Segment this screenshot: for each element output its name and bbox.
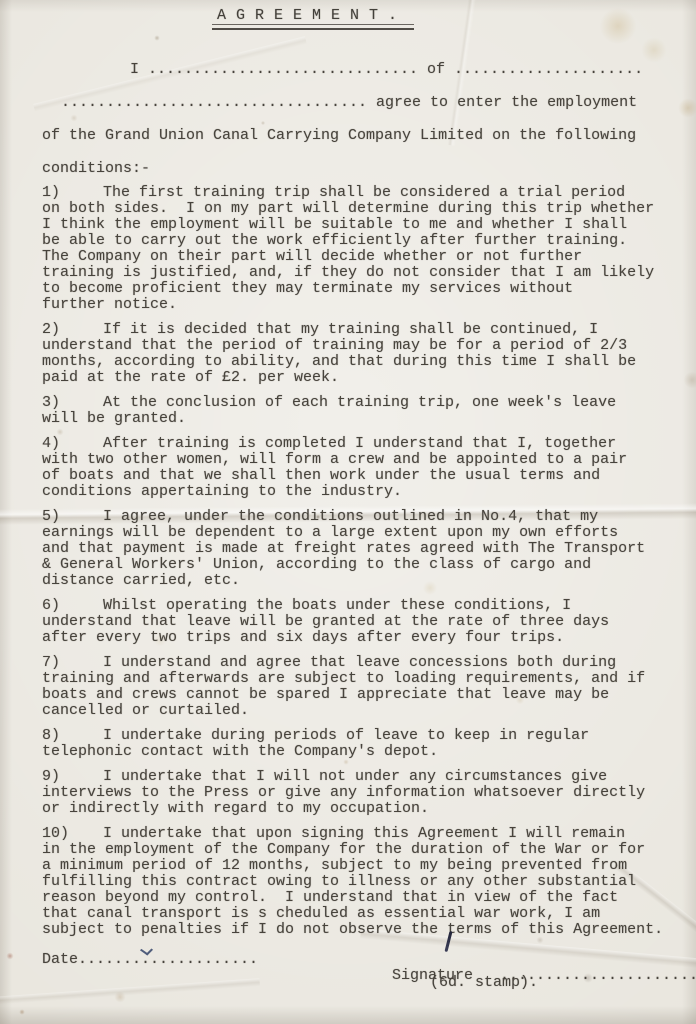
paragraph-number: 2) — [42, 322, 60, 338]
opening-line-name: I .............................. of ....… — [42, 62, 678, 78]
agreement-paragraph: 5) I agree, under the conditions outline… — [42, 509, 678, 589]
paragraph-number: 9) — [42, 769, 60, 785]
paragraph-text: The first training trip shall be conside… — [42, 185, 678, 313]
paragraph-number: 5) — [42, 509, 60, 525]
document-title: AGREEMENT. — [0, 7, 624, 24]
agreement-paragraph: 2) If it is decided that my training sha… — [42, 322, 678, 386]
scanned-agreement-document: AGREEMENT. I ...........................… — [0, 0, 696, 1024]
agreement-paragraph: 1) The first training trip shall be cons… — [42, 185, 678, 313]
agreement-paragraph: 7) I understand and agree that leave con… — [42, 655, 678, 719]
paragraph-number: 4) — [42, 436, 60, 452]
paragraph-text: I agree, under the conditions outlined i… — [42, 509, 678, 589]
opening-line-conditions: conditions:- — [42, 161, 678, 177]
signature-section: Date.................... Signature......… — [42, 952, 678, 998]
paragraph-text: At the conclusion of each training trip,… — [42, 395, 678, 427]
paragraph-text: I understand and agree that leave conces… — [42, 655, 678, 719]
paragraph-number: 10) — [42, 826, 69, 842]
paragraph-number: 3) — [42, 395, 60, 411]
date-field-label: Date — [42, 951, 78, 968]
conditions-list: 1) The first training trip shall be cons… — [42, 185, 678, 938]
document-body: I .............................. of ....… — [42, 62, 678, 998]
agreement-paragraph: 10) I undertake that upon signing this A… — [42, 826, 678, 938]
paragraph-text: Whilst operating the boats under these c… — [42, 598, 678, 646]
paragraph-number: 8) — [42, 728, 60, 744]
agreement-paragraph: 3) At the conclusion of each training tr… — [42, 395, 678, 427]
paragraph-text: I undertake during periods of leave to k… — [42, 728, 678, 760]
paragraph-number: 6) — [42, 598, 60, 614]
date-dotted-line: .................... — [78, 951, 258, 968]
opening-line-company: of the Grand Union Canal Carrying Compan… — [42, 128, 678, 144]
paragraph-text: If it is decided that my training shall … — [42, 322, 678, 386]
agreement-paragraph: 9) I undertake that I will not under any… — [42, 769, 678, 817]
opening-line-address: .................................. agree… — [42, 95, 678, 111]
title-underline — [212, 24, 414, 30]
paragraph-text: I undertake that I will not under any ci… — [42, 769, 678, 817]
paragraph-text: I undertake that upon signing this Agree… — [42, 826, 678, 938]
paragraph-text: After training is completed I understand… — [42, 436, 678, 500]
paragraph-number: 1) — [42, 185, 60, 201]
agreement-paragraph: 8) I undertake during periods of leave t… — [42, 728, 678, 760]
stamp-note: (6d. stamp). — [430, 975, 538, 991]
agreement-paragraph: 6) Whilst operating the boats under thes… — [42, 598, 678, 646]
agreement-paragraph: 4) After training is completed I underst… — [42, 436, 678, 500]
paragraph-number: 7) — [42, 655, 60, 671]
opening-statement: I .............................. of ....… — [42, 62, 678, 177]
